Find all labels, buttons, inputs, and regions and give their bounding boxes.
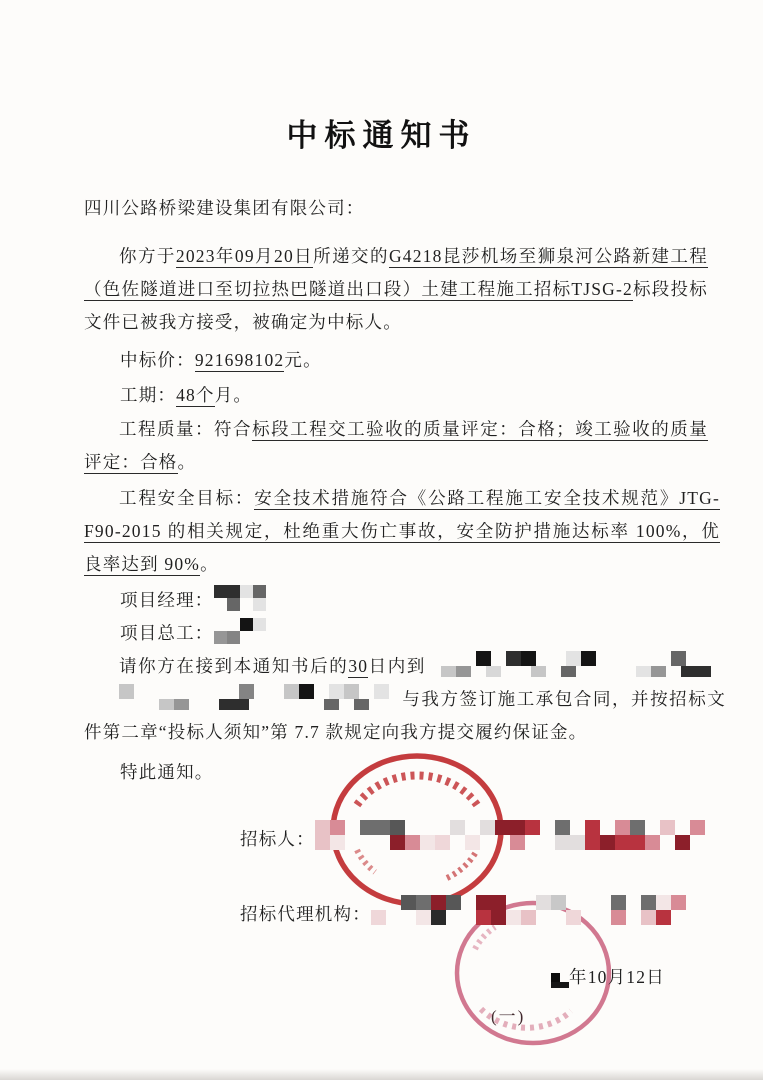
date-text: 年10月12日 (569, 967, 665, 987)
quality-suffix: 。 (178, 452, 197, 472)
redacted-seal1-text-bottom (355, 851, 495, 887)
submission-mid: 所递交的 (313, 246, 389, 266)
chief-engineer-label: 项目总工： (120, 623, 214, 643)
paragraph-submission: 你方于2023年09月20日所递交的G4218昆莎机场至狮泉河公路新建工程（色佐… (84, 240, 708, 339)
scanned-document-page: 中标通知书 四川公路桥梁建设集团有限公司： 你方于2023年09月20日所递交的… (0, 0, 763, 1080)
addressee-company: 四川公路桥梁建设集团有限公司： (84, 198, 365, 218)
tenderer-label: 招标人： (240, 829, 315, 849)
agency-signature-line: 招标代理机构： (240, 895, 713, 931)
submission-date-underlined: 2023年09月20日 (176, 246, 313, 268)
safety-paragraph: 工程安全目标：安全技术措施符合《公路工程施工安全技术规范》JTG-F90-201… (84, 482, 720, 581)
bid-price-label: 中标价： (120, 350, 195, 370)
quality-paragraph: 工程质量：符合标段工程交工验收的质量评定：合格；竣工验收的质量评定：合格。 (84, 413, 708, 479)
closing-line: 特此通知。 (120, 756, 214, 789)
date-line: 年10月12日 (551, 961, 665, 994)
redacted-location-part2 (84, 684, 402, 710)
chief-engineer-line: 项目总工： (120, 617, 270, 650)
quality-label: 工程质量：符合 (119, 419, 252, 439)
submission-prefix: 你方于 (119, 246, 176, 266)
redacted-year (551, 973, 569, 988)
bid-price-value: 921698102 (195, 350, 285, 372)
redacted-chief-engineer-name (214, 618, 270, 644)
project-manager-line: 项目经理： (120, 584, 278, 617)
document-title: 中标通知书 (0, 110, 763, 155)
bid-price-line: 中标价：921698102元。 (120, 344, 322, 377)
redacted-manager-name (214, 585, 278, 611)
duration-label: 工期： (120, 385, 176, 405)
agency-label: 招标代理机构： (240, 904, 371, 924)
redacted-seal1-text-top (352, 783, 482, 813)
safety-suffix: 。 (200, 554, 219, 574)
bid-price-unit: 元。 (284, 350, 321, 370)
safety-label: 工程安全目标： (119, 488, 254, 508)
duration-line: 工期：48个月。 (120, 379, 252, 412)
notice-prefix: 请你方在接到本通知书后的 (119, 656, 348, 676)
redacted-tenderer-name (315, 820, 707, 850)
contract-notice-paragraph: 请你方在接到本通知书后的30日内到与我方签订施工承包合同，并按招标文件第二章“投… (84, 650, 726, 749)
scan-bottom-edge-shadow (0, 1069, 763, 1080)
duration-value: 48个 (176, 385, 215, 407)
project-manager-label: 项目经理： (120, 590, 214, 610)
addressee-line: 四川公路桥梁建设集团有限公司： (84, 192, 365, 225)
notice-days-underlined: 30 (348, 656, 368, 678)
redacted-location-part1 (426, 651, 726, 677)
notice-mid: 日内到 (368, 656, 426, 676)
duration-unit: 月。 (215, 385, 252, 405)
